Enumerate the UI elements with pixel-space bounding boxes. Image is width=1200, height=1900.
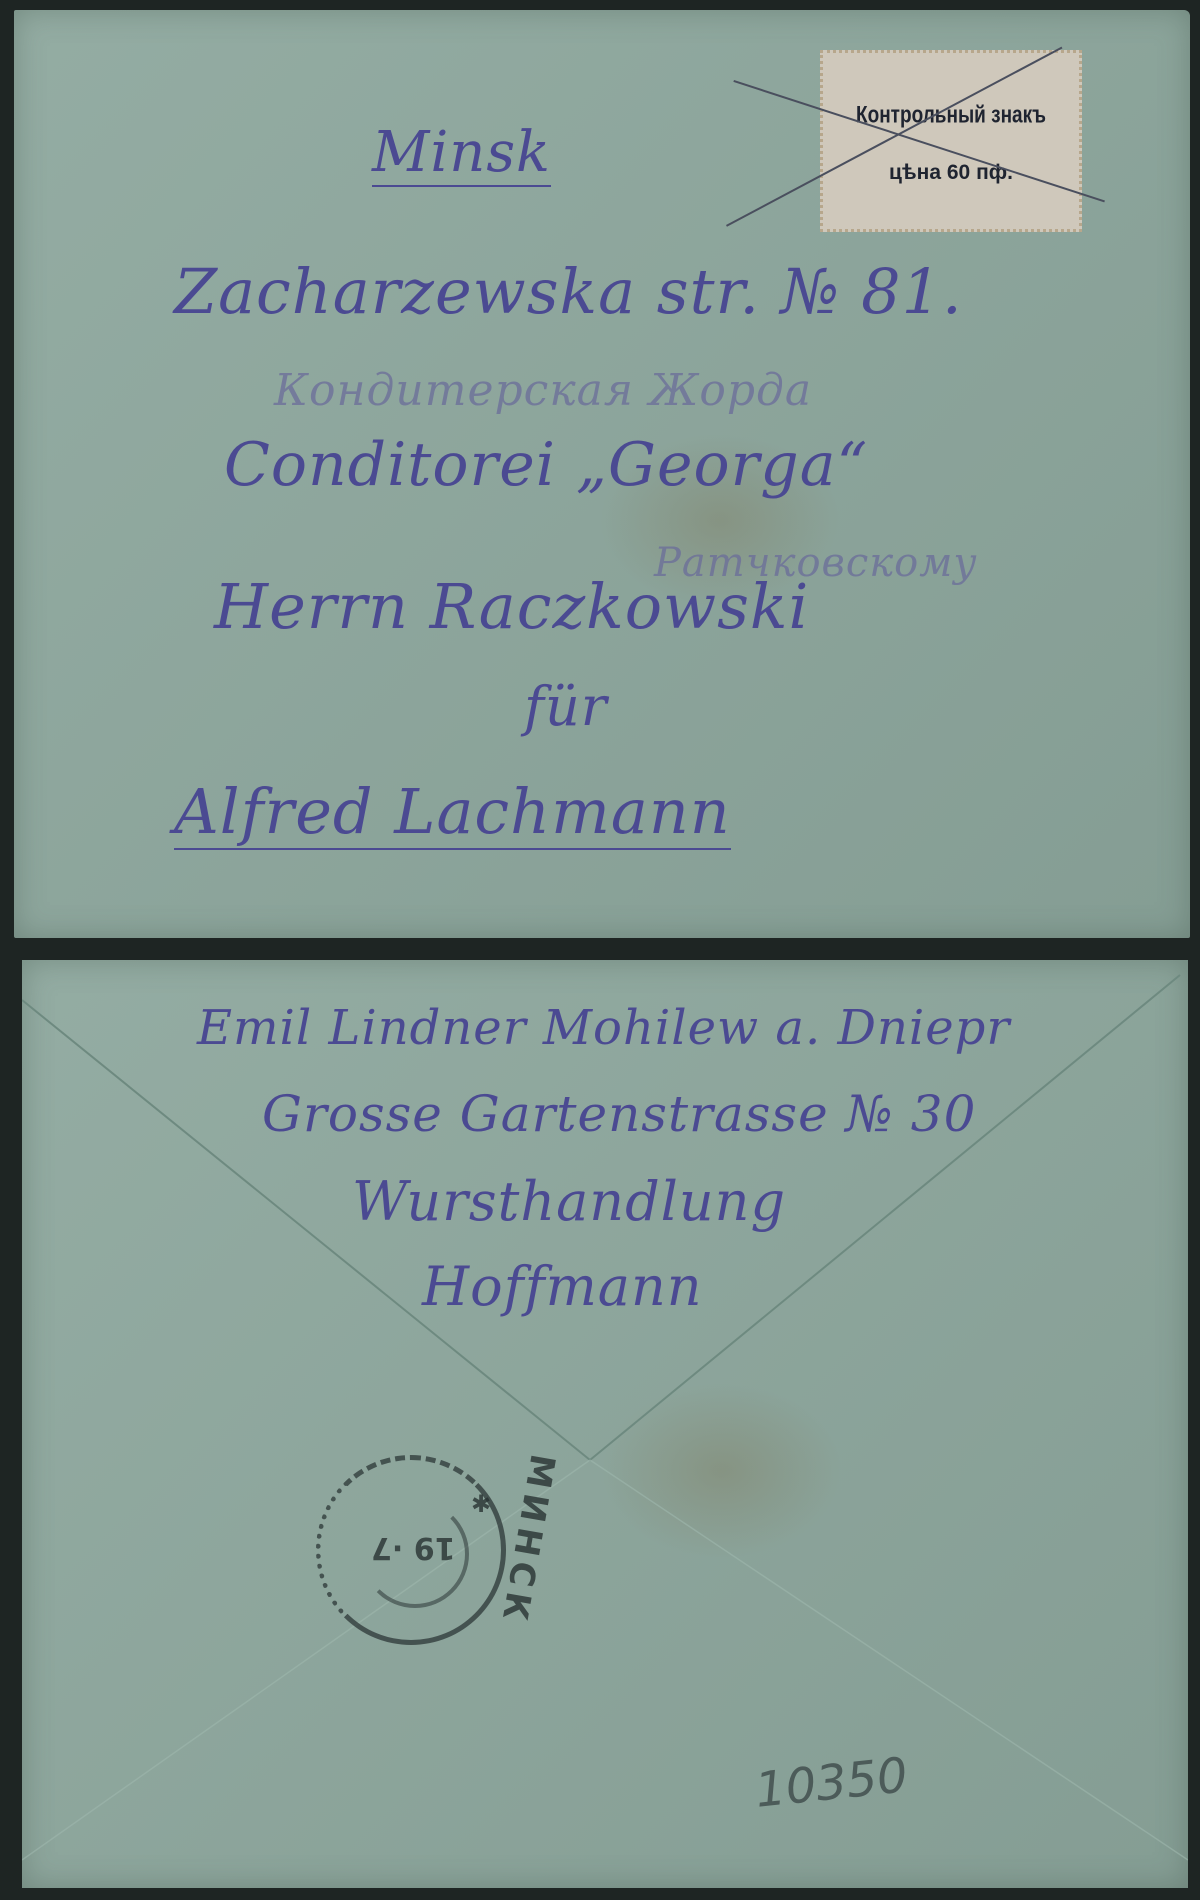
address-recipient: Herrn Raczkowski <box>214 570 809 643</box>
address-for: für <box>524 675 608 738</box>
minsk-postmark: МИНСК 19 ·7 ✱ <box>316 1455 506 1645</box>
address-business: Conditorei „Georga“ <box>224 430 868 500</box>
envelope-front: Контрольный знакъ цѣна 60 пф. Minsk Zach… <box>14 10 1190 938</box>
sender-street: Grosse Gartenstrasse № 30 <box>262 1085 976 1143</box>
address-russian-note: Кондитерская Жорда <box>274 365 812 416</box>
address-street: Zacharzewska str. № 81. <box>174 255 963 328</box>
control-stamp: Контрольный знакъ цѣна 60 пф. <box>820 50 1082 232</box>
envelope-back: Emil Lindner Mohilew a. Dniepr Grosse Ga… <box>22 960 1188 1888</box>
address-attention: Alfred Lachmann <box>174 775 731 850</box>
address-city: Minsk <box>372 120 551 187</box>
postmark-date: 19 ·7 <box>371 1530 455 1565</box>
postmark-star-icon: ✱ <box>471 1490 491 1518</box>
sender-owner: Hoffmann <box>422 1255 703 1318</box>
sender-business: Wursthandlung <box>352 1170 786 1233</box>
sender-name: Emil Lindner Mohilew a. Dniepr <box>197 1000 1010 1056</box>
